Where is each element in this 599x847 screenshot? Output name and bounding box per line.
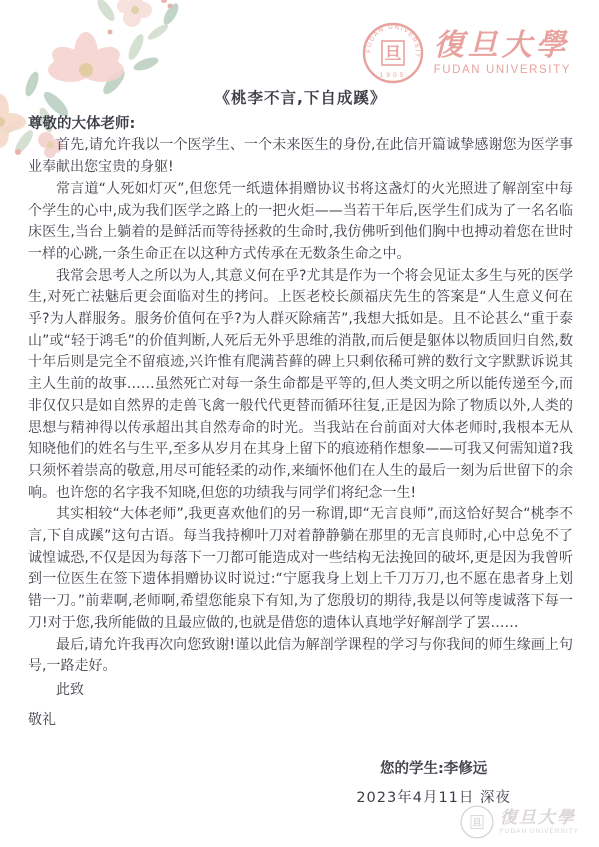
paragraph-5: 最后,请允许我再次向您致谢!谨以此信为解剖学课程的学习与你我间的师生缘画上句号,…: [28, 635, 573, 678]
fudan-watermark: 旦 復旦大學 FUDAN UNIVERSITY: [460, 805, 579, 839]
letter-body: 《桃李不言,下自成蹊》 尊敬的大体老师: 首先,请允许我以一个医学生、一个未来医…: [28, 88, 573, 731]
salutation: 尊敬的大体老师:: [28, 114, 573, 136]
watermark-wordmark-en: FUDAN UNIVERSITY: [500, 828, 579, 835]
fudan-wordmark-en: FUDAN UNIVERSITY: [434, 64, 571, 76]
date: 2023年4月11日 深夜: [356, 786, 511, 807]
fudan-seal-icon: FUDAN UNIVERSITY 旦 1905: [362, 22, 424, 84]
seal-year: 1905: [379, 72, 405, 79]
paragraph-2: 常言道“人死如灯灭”,但您凭一纸遗体捐赠协议书将这盏灯的火光照进了解剖室中每个学…: [28, 179, 573, 266]
letter-page: FUDAN UNIVERSITY 旦 1905 復旦大學 FUDAN UNIVE…: [0, 0, 599, 847]
fudan-wordmark-cn: 復旦大學: [434, 31, 571, 61]
fudan-logo: FUDAN UNIVERSITY 旦 1905 復旦大學 FUDAN UNIVE…: [362, 22, 571, 84]
signature-block: 您的学生:李修远 2023年4月11日 深夜: [356, 757, 511, 807]
watermark-wordmark-cn: 復旦大學: [500, 810, 579, 827]
fudan-watermark-seal-icon: 旦: [460, 805, 494, 839]
fudan-watermark-wordmark: 復旦大學 FUDAN UNIVERSITY: [500, 810, 579, 835]
seal-center-glyph: 旦: [384, 44, 401, 64]
signature: 您的学生:李修远: [356, 757, 511, 778]
paragraph-4: 其实相较“大体老师”,我更喜欢他们的另一称谓,即“无言良师”,而这恰好契合“桃李…: [28, 504, 573, 634]
watermark-seal-center-glyph: 旦: [472, 817, 482, 828]
closing-respectfully: 此致: [28, 680, 573, 702]
paragraph-1: 首先,请允许我以一个医学生、一个未来医生的身份,在此信开篇诚挚感谢您为医学事业奉…: [28, 135, 573, 178]
closing-salute: 敬礼: [28, 710, 573, 732]
paragraph-3: 我常会思考人之所以为人,其意义何在乎?尤其是作为一个将会见证太多生与死的医学生,…: [28, 266, 573, 505]
letter-title: 《桃李不言,下自成蹊》: [28, 88, 573, 110]
fudan-wordmark: 復旦大學 FUDAN UNIVERSITY: [434, 31, 571, 76]
